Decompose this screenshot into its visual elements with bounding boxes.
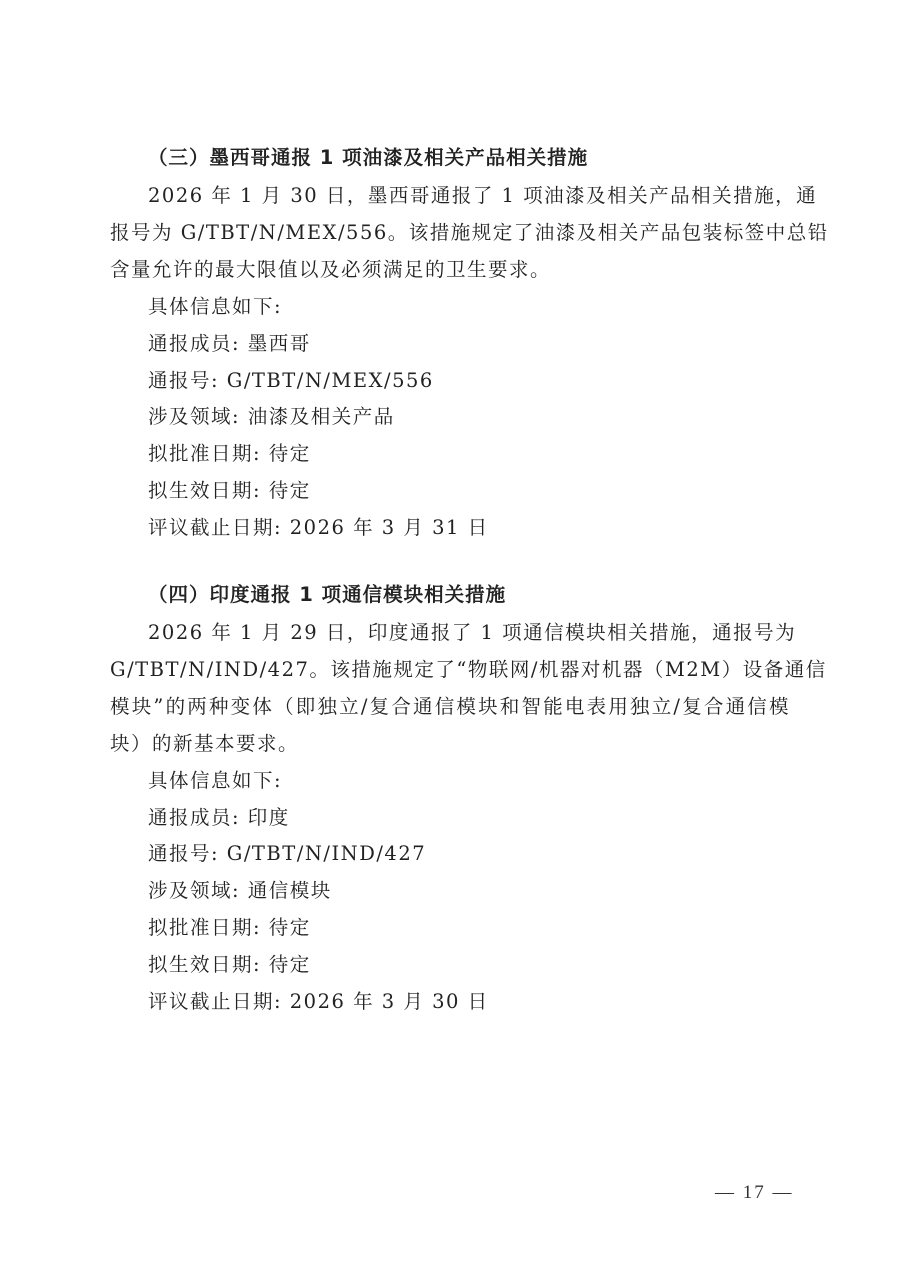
document-page: （三）墨西哥通报 1 项油漆及相关产品相关措施 2026 年 1 月 30 日，… bbox=[0, 0, 900, 1272]
section-4-info-approval-date: 拟批准日期: 待定 bbox=[148, 916, 311, 940]
section-4-info-field: 涉及领域: 通信模块 bbox=[148, 879, 332, 903]
section-4-para-line: 模块”的两种变体（即独立/复合通信模块和智能电表用独立/复合通信模 bbox=[110, 695, 790, 719]
section-3-para-line: 2026 年 1 月 30 日，墨西哥通报了 1 项油漆及相关产品相关措施，通 bbox=[148, 184, 788, 208]
section-4-info-member: 通报成员: 印度 bbox=[148, 806, 290, 830]
section-4-para-line: 块）的新基本要求。 bbox=[110, 732, 299, 756]
section-3-para-line: 含量允许的最大限值以及必须满足的卫生要求。 bbox=[110, 258, 551, 282]
section-3-info-effective-date: 拟生效日期: 待定 bbox=[148, 479, 311, 503]
section-3-info-approval-date: 拟批准日期: 待定 bbox=[148, 442, 311, 466]
section-4-info-number: 通报号: G/TBT/N/IND/427 bbox=[148, 842, 426, 866]
section-3-info-intro: 具体信息如下: bbox=[148, 295, 282, 319]
section-4-para-line: G/TBT/N/IND/427。该措施规定了“物联网/机器对机器（M2M）设备通… bbox=[110, 658, 790, 682]
section-4-para-line: 2026 年 1 月 29 日，印度通报了 1 项通信模块相关措施，通报号为 bbox=[148, 621, 788, 645]
page-number: — 17 — bbox=[715, 1182, 794, 1204]
section-3-info-field: 涉及领域: 油漆及相关产品 bbox=[148, 405, 395, 429]
section-4-info-effective-date: 拟生效日期: 待定 bbox=[148, 953, 311, 977]
section-3-info-number: 通报号: G/TBT/N/MEX/556 bbox=[148, 369, 434, 393]
section-4-info-comment-deadline: 评议截止日期: 2026 年 3 月 30 日 bbox=[148, 990, 489, 1014]
section-4-info-intro: 具体信息如下: bbox=[148, 769, 282, 793]
section-3-info-member: 通报成员: 墨西哥 bbox=[148, 332, 311, 356]
section-3-heading: （三）墨西哥通报 1 项油漆及相关产品相关措施 bbox=[148, 146, 588, 170]
section-4-heading: （四）印度通报 1 项通信模块相关措施 bbox=[148, 583, 506, 607]
section-3-para-line: 报号为 G/TBT/N/MEX/556。该措施规定了油漆及相关产品包装标签中总铅 bbox=[110, 221, 790, 245]
section-3-info-comment-deadline: 评议截止日期: 2026 年 3 月 31 日 bbox=[148, 516, 489, 540]
